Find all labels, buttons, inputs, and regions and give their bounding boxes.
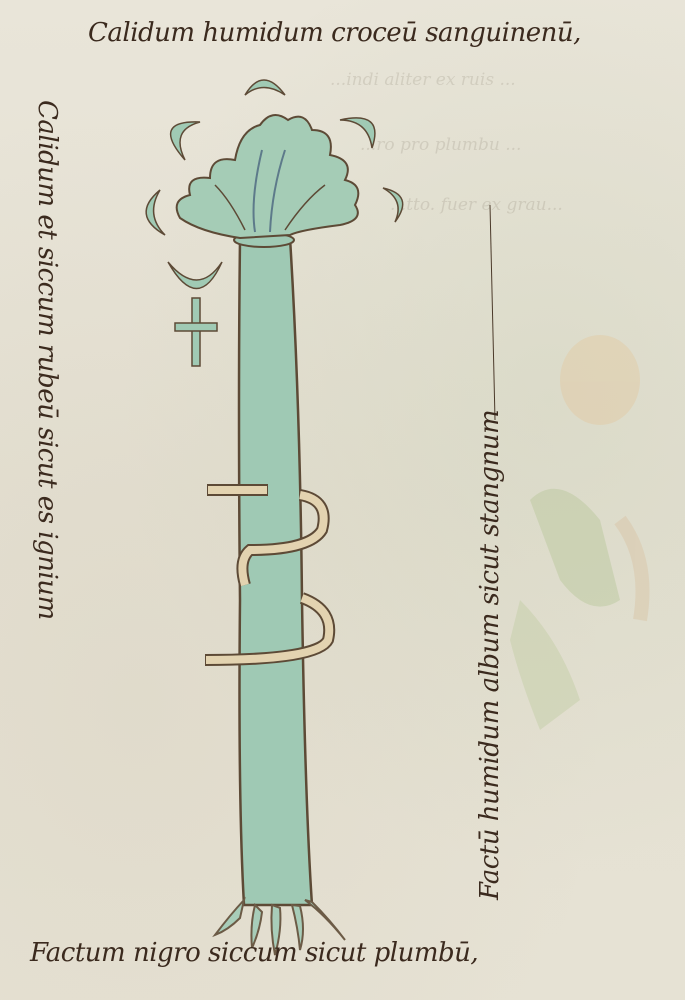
ruled-line: [490, 205, 495, 420]
mercury-symbol-icon: [168, 262, 222, 366]
caption-top: Calidum humidum croceū sanguinenū,: [88, 18, 581, 48]
caption-right: Factū humidum album sicut stangnum: [475, 410, 505, 900]
caption-bottom: Factum nigro siccum sicut plumbū,: [30, 938, 478, 968]
tree-trunk: [239, 238, 312, 905]
faded-figure: [510, 335, 643, 730]
caption-left: Calidum et siccum rubeū sicut es ignium: [32, 100, 62, 620]
tree-crown: [177, 115, 359, 238]
tree-illustration: [0, 0, 685, 1000]
